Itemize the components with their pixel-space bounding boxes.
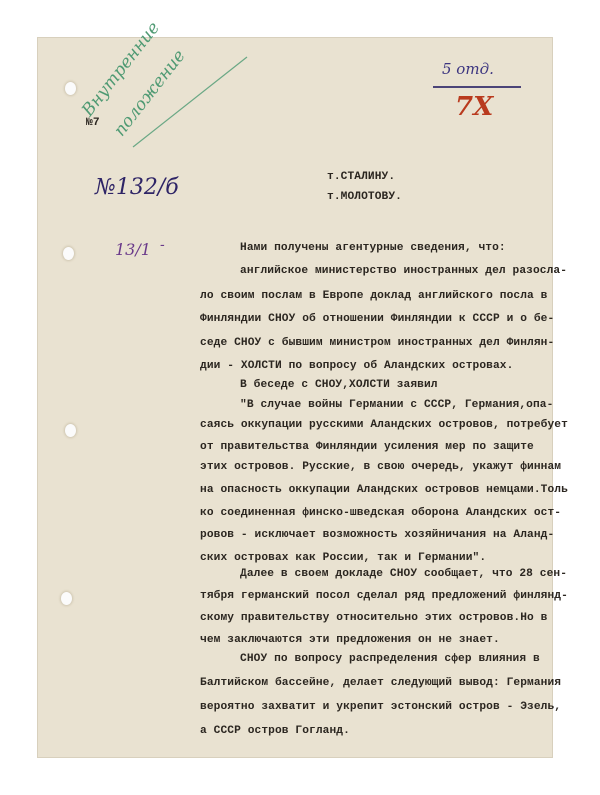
red-mark: 7Х (455, 92, 493, 122)
body-line: саясь оккупации русскими Аландских остро… (200, 419, 568, 431)
punch-hole (65, 424, 76, 437)
body-line: В беседе с СНОУ,ХОЛСТИ заявил (240, 379, 438, 391)
addressee-molotov: т.МОЛОТОВУ. (327, 191, 402, 203)
body-line: ло своим послам в Европе доклад английск… (200, 290, 548, 302)
date-mark: 13/1 (115, 240, 151, 259)
body-line: чем заключаются эти предложения он не зн… (200, 634, 500, 646)
addressee-stalin: т.СТАЛИНУ. (327, 171, 395, 183)
body-line: от правительства Финляндии усиления мер … (200, 441, 534, 453)
body-line: ко соединенная финско-шведская оборона А… (200, 507, 561, 519)
body-line: английское министерство иностранных дел … (240, 265, 567, 277)
body-line: СНОУ по вопросу распределения сфер влиян… (240, 653, 540, 665)
date-mark-tick: - (160, 237, 165, 253)
punch-hole (63, 247, 74, 260)
body-line: Балтийском бассейне, делает следующий вы… (200, 677, 561, 689)
body-line: ровов - исключает возможность хозяйничан… (200, 529, 554, 541)
underline-rule (433, 86, 521, 88)
body-line: ских островах как России, так и Германии… (200, 552, 486, 564)
body-line: вероятно захватит и укрепит эстонский ос… (200, 701, 561, 713)
body-line: Финляндии СНОУ об отношении Финляндии к … (200, 313, 554, 325)
body-line: этих островов. Русские, в свою очередь, … (200, 461, 561, 473)
body-line: Нами получены агентурные сведения, что: (240, 242, 506, 254)
body-line: а СССР остров Гогланд. (200, 725, 350, 737)
body-line: на опасность оккупации Аландских острово… (200, 484, 568, 496)
body-line: "В случае войны Германии с СССР, Германи… (240, 399, 553, 411)
document-page (37, 37, 553, 758)
body-line: Далее в своем докладе СНОУ сообщает, что… (240, 568, 567, 580)
department-note: 5 отд. (442, 60, 494, 78)
punch-hole (61, 592, 72, 605)
body-line: тября германский посол сделал ряд предло… (200, 590, 568, 602)
body-line: седе СНОУ с бывшим министром иностранных… (200, 337, 554, 349)
punch-hole (65, 82, 76, 95)
body-line: скому правительству относительно этих ос… (200, 612, 548, 624)
registration-number: №132/б (95, 175, 179, 200)
green-diagonal-line (130, 55, 250, 150)
body-line: дии - ХОЛСТИ по вопросу об Аландских ост… (200, 360, 513, 372)
